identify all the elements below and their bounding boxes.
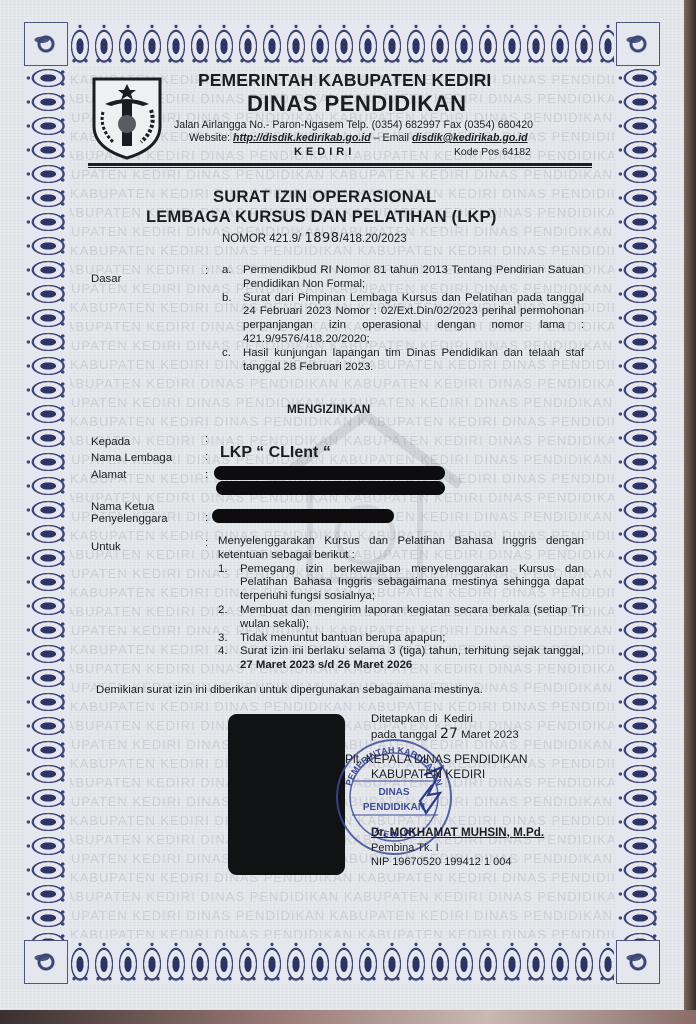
letterhead-divider-thin — [88, 167, 592, 168]
item-text: Surat dari Pimpinan Lembaga Kursus dan P… — [243, 292, 584, 347]
nama-lembaga-label: Nama Lembaga — [91, 452, 172, 464]
ketentuan-item: 2.Membuat dan mengirim laporan kegiatan … — [218, 604, 584, 632]
letterhead-government: PEMERINTAH KABUPATEN KEDIRI — [198, 70, 491, 91]
document-title: SURAT IZIN OPERASIONAL — [213, 188, 437, 207]
alamat-label: Alamat — [91, 469, 126, 481]
closing-statement: Demikian surat izin ini diberikan untuk … — [96, 684, 483, 696]
letterhead-divider — [88, 163, 592, 166]
position-line2: KABUPATEN KEDIRI — [345, 767, 528, 782]
kepada-label: Kepada — [91, 436, 130, 448]
untuk-label: Untuk — [91, 541, 121, 553]
alamat-redaction — [214, 466, 445, 480]
item-text: Surat izin ini berlaku selama 3 (tiga) t… — [240, 645, 584, 673]
nama-lembaga-value: LKP “ CLIent “ — [220, 444, 331, 462]
number-handwritten: 1898 — [304, 231, 339, 246]
date-rest: Maret 2023 — [461, 729, 519, 741]
validity-period: 27 Maret 2023 s/d 26 Maret 2026 — [240, 659, 412, 671]
letterhead-postal-code: Kode Pos 64182 — [454, 147, 531, 158]
dasar-item: b.Surat dari Pimpinan Lembaga Kursus dan… — [222, 292, 584, 347]
item-key: a. — [222, 264, 243, 292]
document-number: NOMOR 421.9/ 1898/418.20/2023 — [222, 231, 407, 246]
ketua-redaction — [212, 509, 394, 523]
colon: : — [205, 433, 208, 445]
untuk-list: Menyelenggarakan Kursus dan Pelatihan Ba… — [218, 535, 584, 673]
ketentuan-item: 4.Surat izin ini berlaku selama 3 (tiga)… — [218, 645, 584, 673]
item-key: 2. — [218, 604, 240, 632]
ketentuan-item: 3.Tidak menuntut bantuan berupa apapun; — [218, 632, 584, 646]
colon: : — [205, 451, 208, 463]
item-key: 4. — [218, 645, 240, 673]
letterhead-agency: DINAS PENDIDIKAN — [247, 91, 466, 117]
penyelenggara-label: Penyelenggara — [91, 513, 168, 525]
colon: : — [205, 512, 208, 524]
dasar-list: a.Permendikbud RI Nomor 81 tahun 2013 Te… — [222, 264, 584, 374]
item-key: 3. — [218, 632, 240, 646]
dasar-item: a.Permendikbud RI Nomor 81 tahun 2013 Te… — [222, 264, 584, 292]
website-label: Website: — [189, 132, 230, 144]
mengizinkan-heading: MENGIZINKAN — [287, 402, 370, 416]
position-line1: Plt. KEPALA DINAS PENDIDIKAN — [345, 752, 528, 767]
document-content: PEMERINTAH KABUPATEN KEDIRI DINAS PENDID… — [0, 0, 684, 1010]
ketentuan-item: 1.Pemegang izin berkewajiban menyelengga… — [218, 563, 584, 604]
item-text: Hasil kunjungan lapangan tim Dinas Pendi… — [243, 347, 584, 375]
letterhead-address: Jalan Airlangga No.- Paron-Ngasem Telp. … — [174, 119, 533, 131]
backdrop-edge-bottom — [0, 1010, 696, 1024]
official-rank: Pembina Tk. I — [371, 842, 439, 854]
item-text: Tidak menuntut bantuan berupa apapun; — [240, 632, 584, 646]
website-link[interactable]: http://disdik.kedirikab.go.id — [233, 132, 371, 144]
item-text: Permendikbud RI Nomor 81 tahun 2013 Tent… — [243, 264, 584, 292]
alamat-redaction-line2 — [216, 481, 445, 495]
letterhead-city: KEDIRI — [294, 146, 355, 158]
svg-text:PENDIDIKAN: PENDIDIKAN — [363, 802, 425, 813]
number-suffix: /418.20/2023 — [340, 233, 407, 245]
email-label: – Email — [374, 132, 409, 144]
place-label: Ditetapkan di — [371, 713, 438, 725]
official-nip: NIP 19670520 199412 1 004 — [371, 856, 511, 868]
nama-ketua-label: Nama Ketua — [91, 501, 154, 513]
untuk-intro: Menyelenggarakan Kursus dan Pelatihan Ba… — [218, 535, 584, 563]
official-name: Dr. MOKHAMAT MUHSIN, M.Pd. — [371, 826, 544, 839]
official-position: Plt. KEPALA DINAS PENDIDIKAN KABUPATEN K… — [345, 752, 528, 782]
item-key: b. — [222, 292, 243, 347]
svg-text:DINAS: DINAS — [378, 787, 409, 798]
letterhead-contacts: Website: http://disdik.kedirikab.go.id –… — [189, 132, 528, 144]
coat-of-arms-icon — [91, 76, 163, 160]
document-subtitle: LEMBAGA KURSUS DAN PELATIHAN (LKP) — [146, 208, 497, 227]
number-prefix: NOMOR 421.9/ — [222, 233, 304, 245]
validity-text: Surat izin ini berlaku selama 3 (tiga) t… — [240, 645, 584, 657]
backdrop-edge-right — [684, 0, 696, 1024]
colon: : — [205, 469, 208, 481]
colon: : — [205, 537, 208, 549]
email-link[interactable]: disdik@kedirikab.go.id — [412, 132, 528, 144]
dasar-colon: : — [205, 265, 208, 277]
item-text: Pemegang izin berkewajiban menyelenggara… — [240, 563, 584, 604]
item-key: c. — [222, 347, 243, 375]
place-value: Kediri — [444, 713, 473, 725]
dasar-label: Dasar — [91, 273, 121, 285]
item-text: Membuat dan mengirim laporan kegiatan se… — [240, 604, 584, 632]
item-key: 1. — [218, 563, 240, 604]
photo-redaction — [228, 714, 345, 875]
dasar-item: c.Hasil kunjungan lapangan tim Dinas Pen… — [222, 347, 584, 375]
